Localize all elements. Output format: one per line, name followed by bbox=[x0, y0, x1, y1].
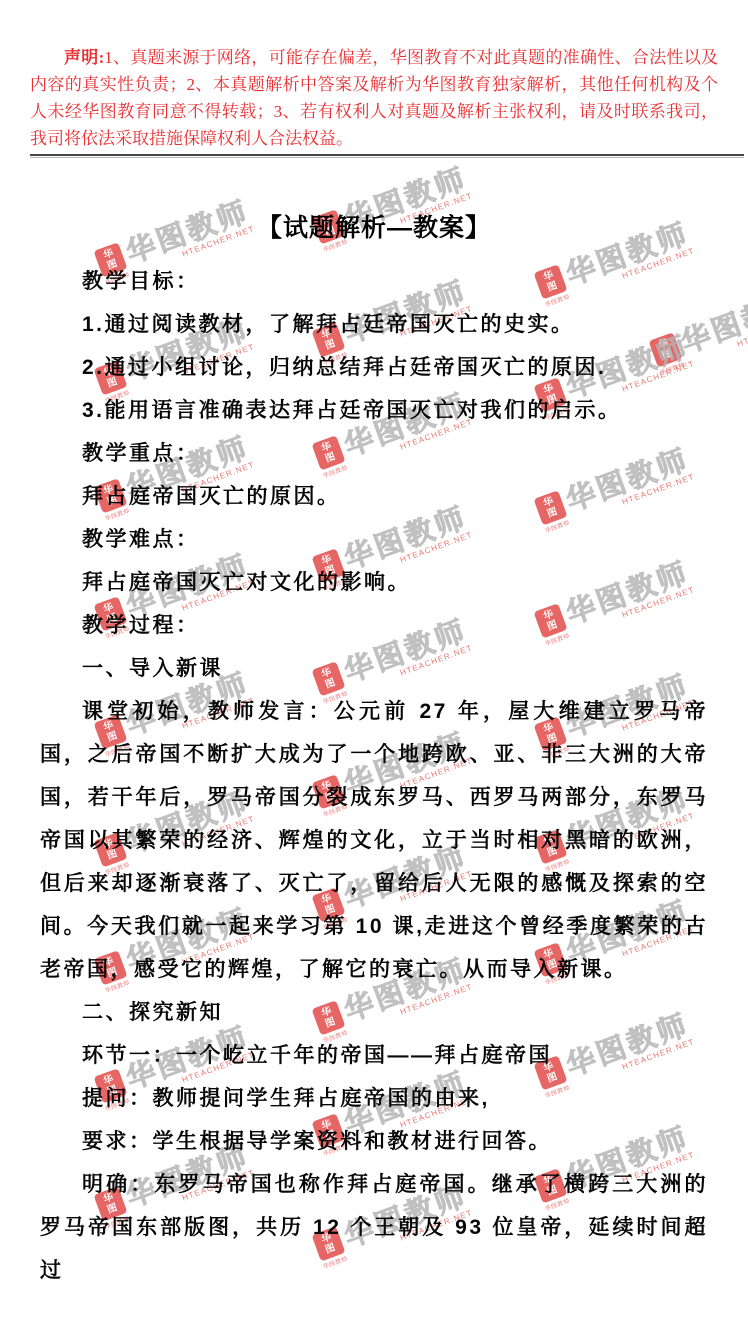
paragraph: 二、探究新知 bbox=[40, 991, 708, 1034]
paragraph: 要求：学生根据导学案资料和教材进行回答。 bbox=[40, 1120, 708, 1163]
paragraph: 2.通过小组讨论，归纳总结拜占廷帝国灭亡的原因. bbox=[40, 346, 708, 389]
paragraph: 环节一：一个屹立千年的帝国——拜占庭帝国 bbox=[40, 1034, 708, 1077]
disclaimer-body: 1、真题来源于网络，可能存在偏差，华图教育不对此真题的准确性、合法性以及内容的真… bbox=[30, 48, 718, 148]
paragraph: 3.能用语言准确表达拜占廷帝国灭亡对我们的启示。 bbox=[40, 389, 708, 432]
disclaimer-text: 声明:1、真题来源于网络，可能存在偏差，华图教育不对此真题的准确性、合法性以及内… bbox=[30, 0, 718, 152]
document-title: 【试题解析—教案】 bbox=[0, 208, 748, 244]
paragraph: 课堂初始，教师发言：公元前 27 年，屋大维建立罗马帝国，之后帝国不断扩大成为了… bbox=[40, 690, 708, 991]
paragraph: 明确：东罗马帝国也称作拜占庭帝国。继承了横跨三大洲的罗马帝国东部版图，共历 12… bbox=[40, 1163, 708, 1292]
document-body: 教学目标：1.通过阅读教材，了解拜占廷帝国灭亡的史实。2.通过小组讨论，归纳总结… bbox=[40, 260, 708, 1292]
paragraph: 提问：教师提问学生拜占庭帝国的由来, bbox=[40, 1077, 708, 1120]
paragraph: 一、导入新课 bbox=[40, 647, 708, 690]
divider-line bbox=[30, 154, 744, 158]
paragraph: 1.通过阅读教材，了解拜占廷帝国灭亡的史实。 bbox=[40, 303, 708, 346]
paragraph: 教学重点： bbox=[40, 432, 708, 475]
document-page: 声明:1、真题来源于网络，可能存在偏差，华图教育不对此真题的准确性、合法性以及内… bbox=[0, 0, 748, 1292]
paragraph: 拜占庭帝国灭亡的原因。 bbox=[40, 475, 708, 518]
disclaimer-label: 声明: bbox=[64, 48, 104, 67]
paragraph: 教学难点： bbox=[40, 518, 708, 561]
paragraph: 拜占庭帝国灭亡对文化的影响。 bbox=[40, 561, 708, 604]
paragraph: 教学过程： bbox=[40, 604, 708, 647]
paragraph: 教学目标： bbox=[40, 260, 708, 303]
